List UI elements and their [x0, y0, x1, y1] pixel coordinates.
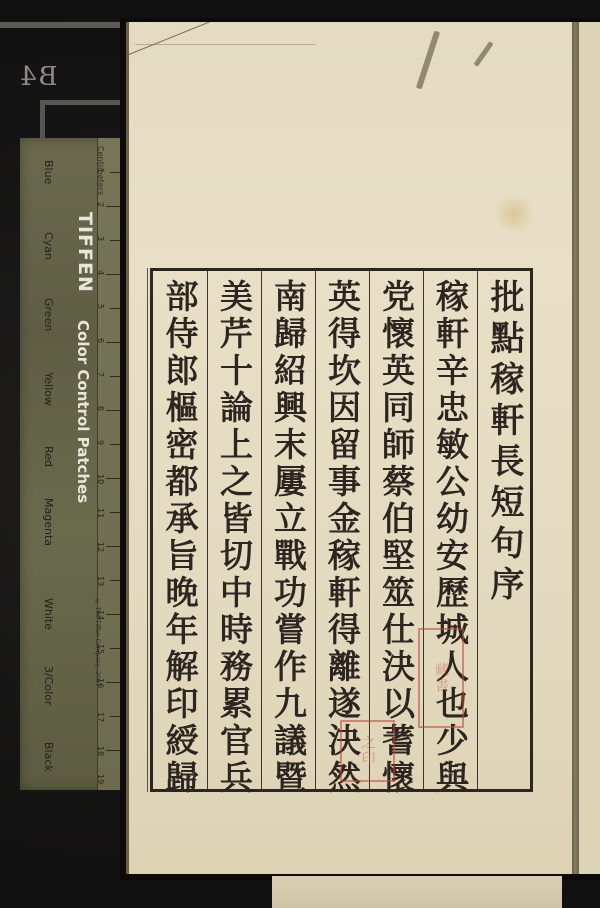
text-column: 英得坎因留事金稼軒得離遂決然 [315, 271, 369, 789]
text-column-title: 批點稼軒長短句序 [477, 271, 530, 789]
scale-number: 18 [96, 746, 105, 756]
scale-number: 6 [96, 338, 105, 343]
column-text: 部侍郎樞密都承旨晚年解印綬歸 [164, 279, 197, 797]
scale-number: 3 [96, 236, 105, 241]
patch-label-white: White [42, 598, 55, 630]
text-column: 党懷英同師蔡伯堅筮仕決以蓍懷 [369, 271, 423, 789]
mount-line [0, 22, 128, 28]
folded-corner [129, 22, 319, 142]
scale-number: 1 [96, 168, 105, 173]
ink-smudge [473, 41, 493, 67]
scale-number: 5 [96, 304, 105, 309]
mount-line [40, 100, 45, 140]
scale-number: 17 [96, 712, 105, 722]
scale-number: 4 [96, 270, 105, 275]
mount-line [40, 100, 128, 105]
scale-number: 19 [96, 774, 105, 784]
patch-label-red: Red [42, 446, 55, 467]
patch-label-yellow: Yellow [42, 372, 55, 406]
scale-number: 12 [96, 542, 105, 552]
scale-number: 8 [96, 406, 105, 411]
patch-label-magenta: Magenta [42, 498, 55, 546]
printed-text-frame: 批點稼軒長短句序 稼軒辛忠敏公幼安歷城人也少與 党懷英同師蔡伯堅筮仕決以蓍懷 英… [150, 268, 533, 792]
preface-title: 批點稼軒長短句序 [487, 279, 521, 607]
patch-label-blue: Blue [42, 160, 55, 184]
scale-number: 9 [96, 440, 105, 445]
scale-number: 16 [96, 678, 105, 688]
paper-slip [272, 876, 562, 908]
ink-smudge [416, 31, 440, 90]
scale-number: 13 [96, 576, 105, 586]
column-text: 美芹十論上之皆切中時務累官兵 [218, 279, 251, 797]
scale-number: 10 [96, 474, 105, 484]
chart-title: Color Control Patches [74, 320, 92, 503]
patch-label-3color: 3/Color [42, 666, 55, 705]
text-column: 美芹十論上之皆切中時務累官兵 [207, 271, 261, 789]
patch-label-cyan: Cyan [42, 232, 55, 260]
left-margin-rule [126, 268, 151, 792]
tiffen-logo: TIFFEN [74, 212, 96, 293]
color-control-strip: Centimeters TIFFEN Color Control Patches… [20, 138, 120, 790]
scale-number: 15 [96, 644, 105, 654]
patch-label-green: Green [42, 298, 55, 331]
page-gutter [572, 22, 579, 874]
patch-label-black: Black [42, 742, 55, 772]
shelf-mark: B4 [18, 62, 58, 92]
scale-number: 14 [96, 610, 105, 620]
scale-number: 2 [96, 202, 105, 207]
text-column: 部侍郎樞密都承旨晚年解印綬歸 [153, 271, 207, 789]
collector-seal: 之印 [340, 720, 395, 782]
scale-number: 7 [96, 372, 105, 377]
column-text: 南歸紹興末屢立戰功嘗作九議暨 [272, 279, 305, 797]
adjacent-page-edge [579, 22, 600, 874]
collector-seal: 藏書 [418, 628, 464, 728]
scan-stage: B4 Centimeters TIFFEN Color Control Patc… [0, 0, 600, 908]
text-column: 南歸紹興末屢立戰功嘗作九議暨 [261, 271, 315, 789]
scale-number: 11 [96, 508, 105, 518]
